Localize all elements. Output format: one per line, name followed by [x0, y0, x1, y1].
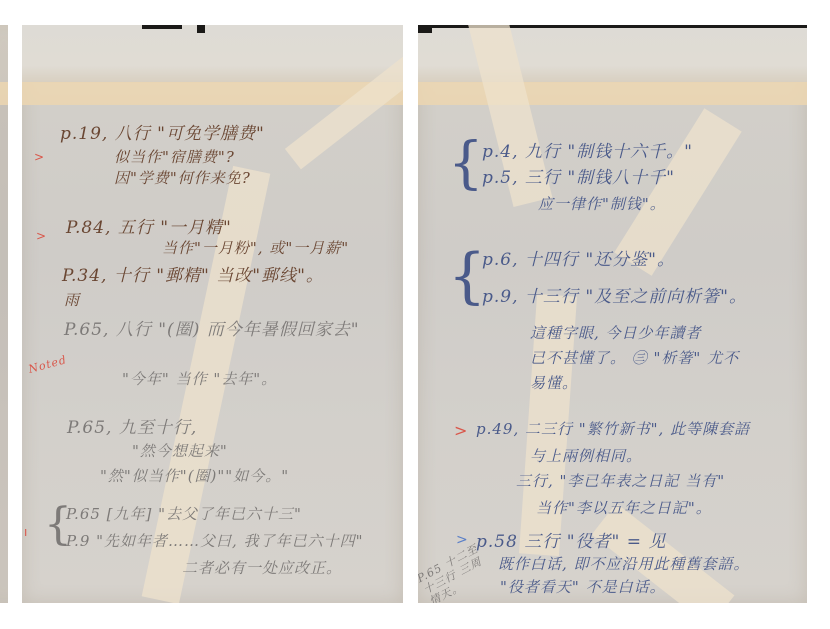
note-line: p.4, 九行 "制钱十六千。"	[482, 137, 693, 162]
note-line: p.9, 十三行 "及至之前向析箸"。	[482, 282, 747, 307]
burn-mark	[197, 25, 205, 33]
red-arrow-mark: >	[454, 421, 467, 440]
note-line: p.19, 八行 "可免学膳费"	[60, 119, 265, 144]
bracket-mark: {	[448, 131, 484, 196]
note-line: 因"学费"何作来免?	[114, 167, 251, 188]
note-line: 既作白话, 即不应沿用此種舊套語。	[498, 553, 750, 574]
note-line: P.65, 九至十行,	[67, 413, 197, 438]
note-line: p.49, 二三行 "繁竹新书", 此等陳套語	[476, 418, 750, 439]
note-line: 二者必有一处应改正。	[182, 557, 342, 578]
note-line: 已不甚懂了。 ㊂ "析箸" 尤不	[530, 347, 739, 368]
note-line: p.6, 十四行 "还分鉴"。	[482, 245, 675, 270]
note-line: 应一律作"制钱"。	[538, 193, 666, 214]
red-mark: ı	[24, 525, 27, 539]
note-line: "役者看天" 不是白话。	[500, 576, 666, 597]
note-line: P.65 [九年] "去父了年已六十三"	[66, 503, 302, 524]
note-line: 這種字眼, 今日少年讀者	[530, 322, 702, 343]
note-line: 易懂。	[530, 372, 578, 393]
note-line: 与上兩例相同。	[530, 445, 642, 466]
burn-mark	[142, 25, 182, 29]
bracket-mark: {	[448, 241, 486, 311]
manuscript-page-left: p.19, 八行 "可免学膳费" 似当作"宿膳费"? 因"学费"何作来免? > …	[22, 25, 403, 603]
note-line: P.84, 五行 "一月精"	[66, 213, 232, 238]
note-line: 当作"一月粉", 或"一月薪"	[162, 237, 349, 258]
red-margin-note: Noted	[27, 353, 68, 376]
note-line: 雨	[64, 289, 80, 310]
note-line: "然"似当作"(圈)""如今。"	[100, 465, 289, 486]
note-line: P.9 "先如年者……父曰, 我了年已六十四"	[66, 530, 363, 551]
note-line: 三行, "李已年表之日記 当有"	[516, 470, 725, 491]
note-line: p.5, 三行 "制钱八十千"	[482, 163, 675, 188]
burn-mark	[418, 25, 432, 33]
note-line: p.58 三行 "役者" = 见	[476, 527, 666, 552]
note-line: 似当作"宿膳费"?	[114, 146, 235, 167]
note-line: 当作"李以五年之日記"。	[536, 497, 712, 518]
red-arrow-mark: >	[36, 229, 46, 243]
red-arrow-mark: >	[34, 150, 44, 164]
tape-strip	[0, 82, 8, 105]
note-line: "今年" 当作 "去年"。	[122, 368, 277, 389]
tape-horizontal	[418, 82, 807, 105]
note-line: P.34, 十行 "郵精" 当改"郵线"。	[62, 261, 324, 286]
note-line: "然今想起来"	[132, 440, 228, 461]
page-sliver-left	[0, 25, 8, 603]
page-top-margin	[22, 25, 403, 83]
note-line: P.65, 八行 "(圈) 而今年暑假回家去"	[64, 315, 360, 340]
manuscript-page-right: { p.4, 九行 "制钱十六千。" p.5, 三行 "制钱八十千" 应一律作"…	[418, 25, 807, 603]
